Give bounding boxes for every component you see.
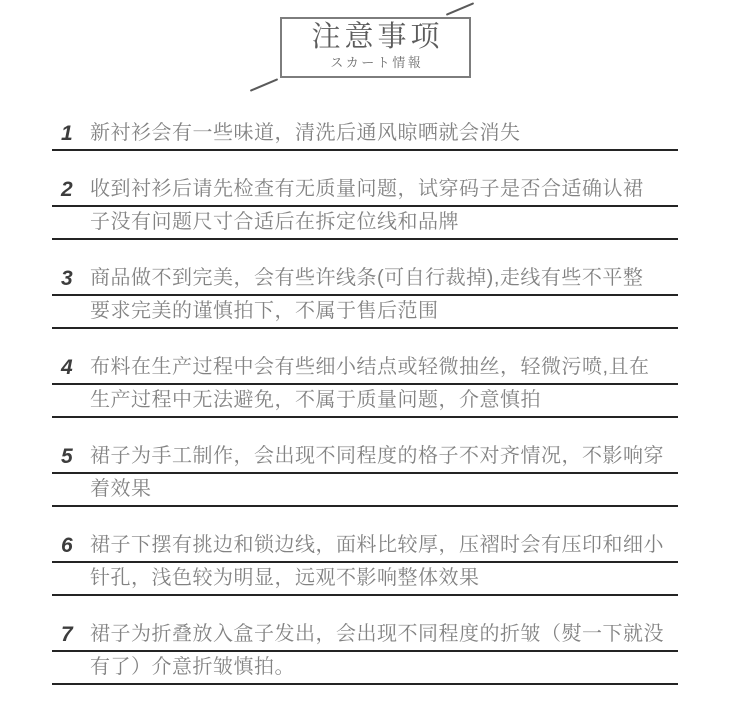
item-line: 新衬衫会有一些味道，清洗后通风晾晒就会消失	[52, 118, 678, 151]
item-number: 1	[61, 120, 87, 148]
item-number: 2	[61, 176, 87, 204]
notice-list: 1 新衬衫会有一些味道，清洗后通风晾晒就会消失 2 收到衬衫后请先检查有无质量问…	[52, 118, 678, 685]
item-lines: 裙子为手工制作，会出现不同程度的格子不对齐情况，不影响穿着效果	[52, 441, 678, 507]
header-box: 注意事项 スカート情報	[280, 17, 471, 78]
item-lines: 收到衬衫后请先检查有无质量问题，试穿码子是否合适确认裙子没有问题尺寸合适后在拆定…	[52, 174, 678, 240]
item-lines: 裙子下摆有挑边和锁边线，面料比较厚，压褶时会有压印和细小针孔，浅色较为明显，远观…	[52, 530, 678, 596]
item-lines: 裙子为折叠放入盒子发出，会出现不同程度的折皱（熨一下就没有了）介意折皱慎拍。	[52, 619, 678, 685]
notice-item: 2 收到衬衫后请先检查有无质量问题，试穿码子是否合适确认裙子没有问题尺寸合适后在…	[52, 174, 678, 240]
item-line: 商品做不到完美，会有些许线条(可自行裁掉),走线有些不平整	[52, 263, 678, 296]
notice-item: 7 裙子为折叠放入盒子发出，会出现不同程度的折皱（熨一下就没有了）介意折皱慎拍。	[52, 619, 678, 685]
page-title: 注意事项	[282, 20, 469, 54]
item-line: 有了）介意折皱慎拍。	[52, 652, 678, 685]
notice-page: 注意事项 スカート情報 1 新衬衫会有一些味道，清洗后通风晾晒就会消失 2 收到…	[0, 0, 750, 728]
item-number: 3	[61, 265, 87, 293]
corner-slash-bottom-left-icon	[250, 78, 278, 92]
item-line: 裙子为折叠放入盒子发出，会出现不同程度的折皱（熨一下就没	[52, 619, 678, 652]
item-line: 针孔，浅色较为明显，远观不影响整体效果	[52, 563, 678, 596]
item-number: 6	[61, 532, 87, 560]
item-lines: 新衬衫会有一些味道，清洗后通风晾晒就会消失	[52, 118, 678, 151]
item-number: 5	[61, 443, 87, 471]
item-line: 裙子下摆有挑边和锁边线，面料比较厚，压褶时会有压印和细小	[52, 530, 678, 563]
notice-item: 5 裙子为手工制作，会出现不同程度的格子不对齐情况，不影响穿着效果	[52, 441, 678, 507]
item-number: 4	[61, 354, 87, 382]
item-number: 7	[61, 621, 87, 649]
page-subtitle: スカート情報	[282, 54, 469, 72]
item-line: 要求完美的谨慎拍下，不属于售后范围	[52, 296, 678, 329]
item-line: 着效果	[52, 474, 678, 507]
item-lines: 商品做不到完美，会有些许线条(可自行裁掉),走线有些不平整要求完美的谨慎拍下，不…	[52, 263, 678, 329]
item-lines: 布料在生产过程中会有些细小结点或轻微抽丝，轻微污喷,且在生产过程中无法避免，不属…	[52, 352, 678, 418]
item-line: 生产过程中无法避免，不属于质量问题，介意慎拍	[52, 385, 678, 418]
notice-item: 4 布料在生产过程中会有些细小结点或轻微抽丝，轻微污喷,且在生产过程中无法避免，…	[52, 352, 678, 418]
corner-slash-top-right-icon	[446, 2, 474, 16]
item-line: 子没有问题尺寸合适后在拆定位线和品牌	[52, 207, 678, 240]
notice-item: 1 新衬衫会有一些味道，清洗后通风晾晒就会消失	[52, 118, 678, 151]
item-line: 裙子为手工制作，会出现不同程度的格子不对齐情况，不影响穿	[52, 441, 678, 474]
item-line: 收到衬衫后请先检查有无质量问题，试穿码子是否合适确认裙	[52, 174, 678, 207]
notice-item: 3 商品做不到完美，会有些许线条(可自行裁掉),走线有些不平整要求完美的谨慎拍下…	[52, 263, 678, 329]
item-line: 布料在生产过程中会有些细小结点或轻微抽丝，轻微污喷,且在	[52, 352, 678, 385]
notice-item: 6 裙子下摆有挑边和锁边线，面料比较厚，压褶时会有压印和细小针孔，浅色较为明显，…	[52, 530, 678, 596]
